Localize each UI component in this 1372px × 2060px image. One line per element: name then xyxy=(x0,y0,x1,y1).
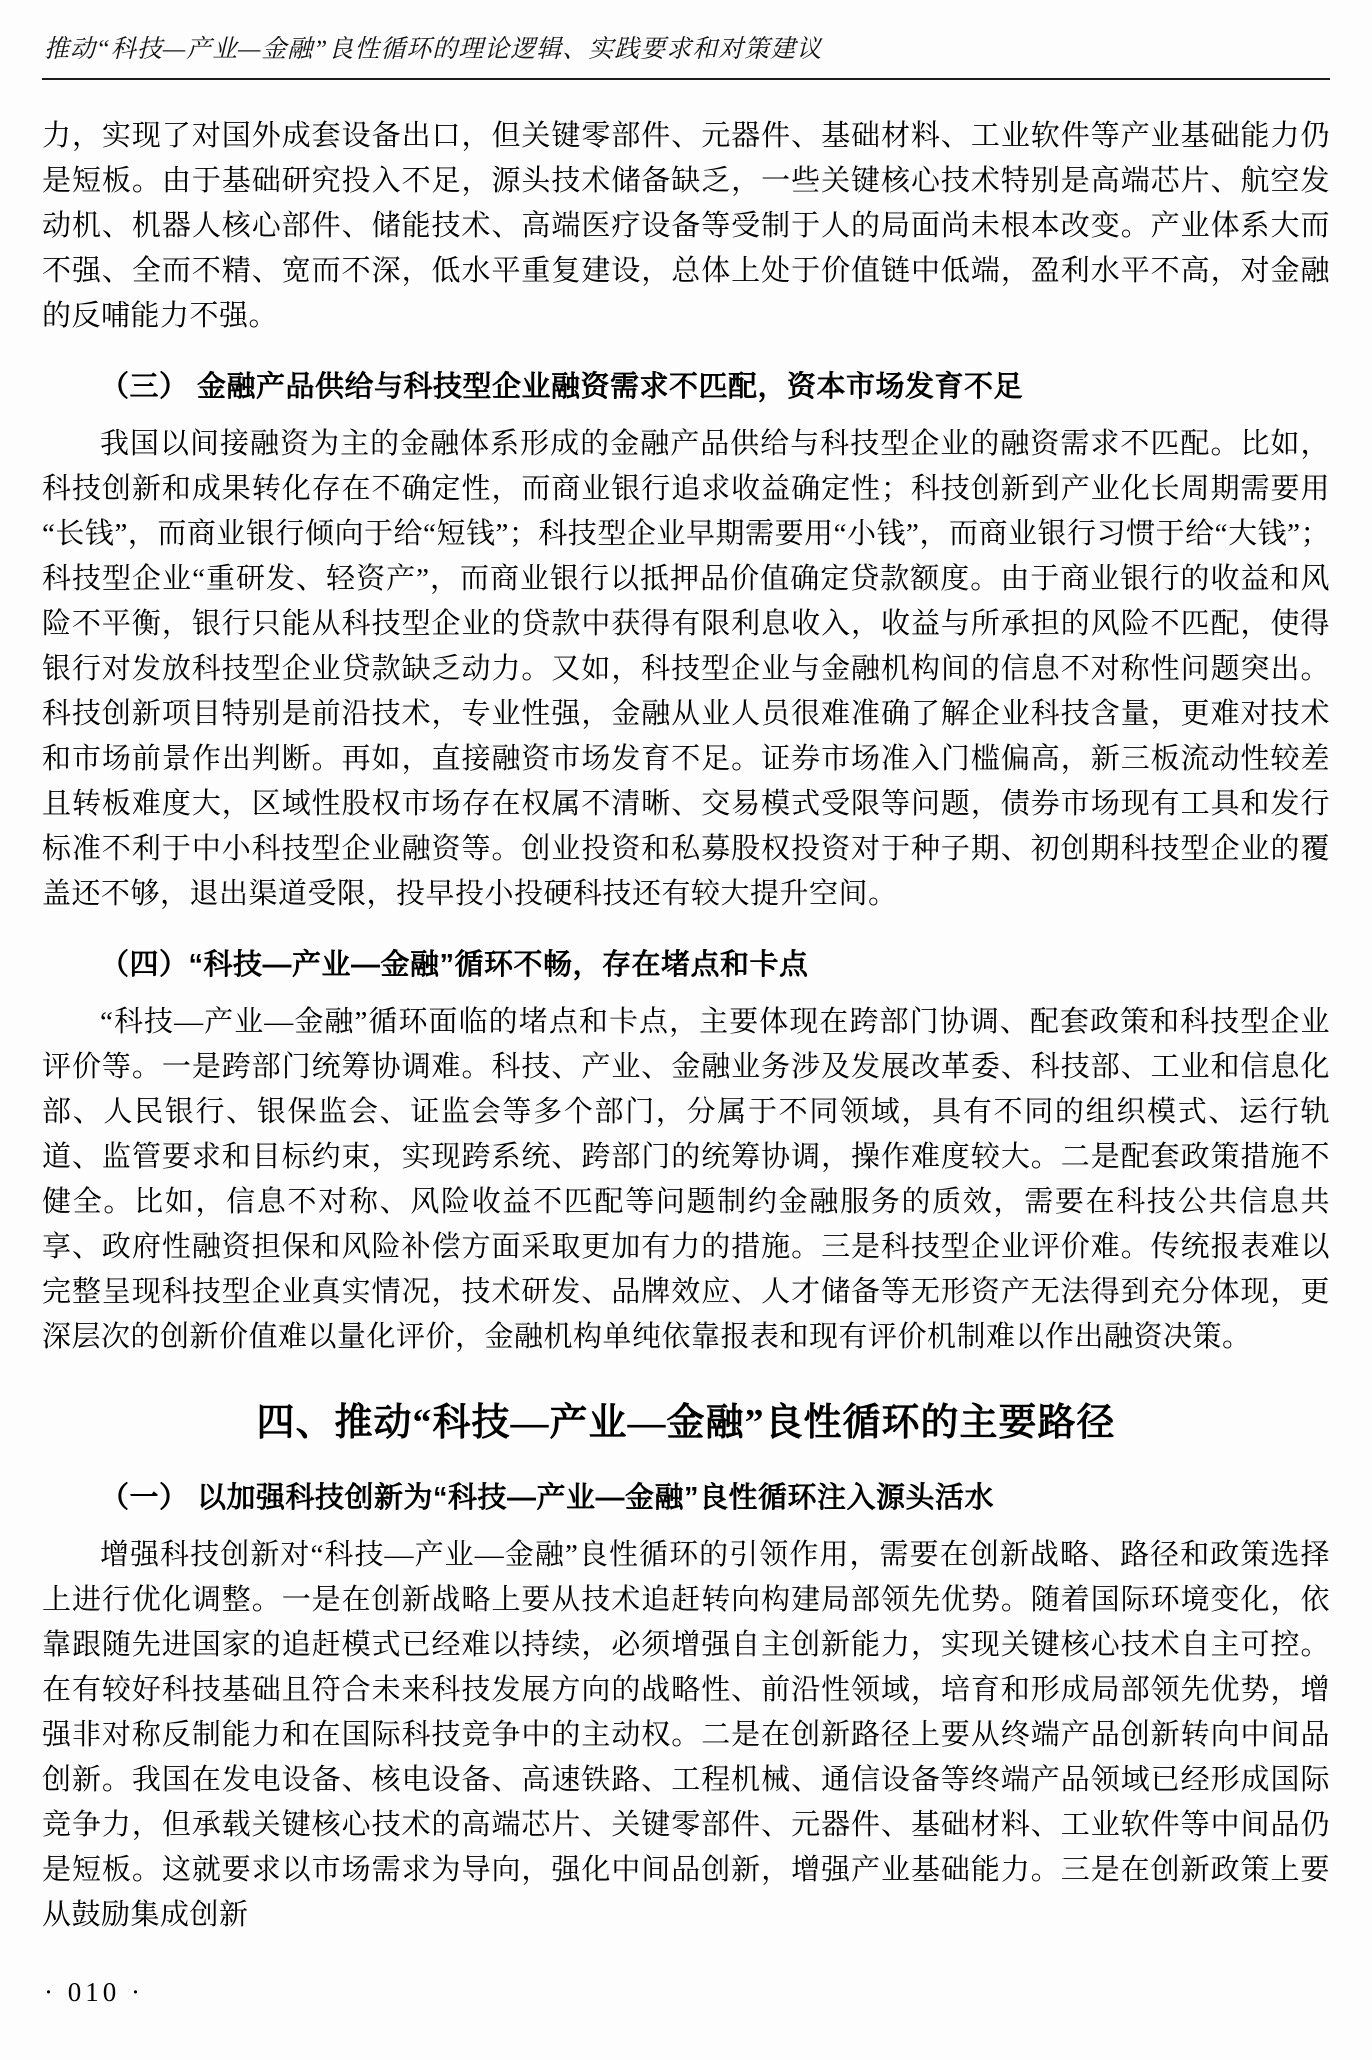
document-page: 推动“科技—产业—金融”良性循环的理论逻辑、实践要求和对策建议 力，实现了对国外… xyxy=(0,0,1372,2060)
heading-section-three: （三） 金融产品供给与科技型企业融资需求不匹配，资本市场发育不足 xyxy=(42,365,1330,410)
page-footer: · 010 · xyxy=(44,1977,144,2008)
chapter-heading-part-four: 四、推动“科技—产业—金融”良性循环的主要路径 xyxy=(42,1398,1330,1448)
paragraph-finance-supply-mismatch: 我国以间接融资为主的金融体系形成的金融产品供给与科技型企业的融资需求不匹配。比如… xyxy=(42,422,1330,917)
paragraph-cycle-blockages: “科技—产业—金融”循环面临的堵点和卡点，主要体现在跨部门协调、配套政策和科技型… xyxy=(42,1000,1330,1360)
page-body: 力，实现了对国外成套设备出口，但关键零部件、元器件、基础材料、工业软件等产业基础… xyxy=(42,114,1330,1938)
heading-section-four: （四）“科技—产业—金融”循环不畅，存在堵点和卡点 xyxy=(42,943,1330,988)
running-header: 推动“科技—产业—金融”良性循环的理论逻辑、实践要求和对策建议 xyxy=(42,30,1330,80)
page-number: · 010 · xyxy=(44,1977,144,2007)
heading-subsection-one: （一） 以加强科技创新为“科技—产业—金融”良性循环注入源头活水 xyxy=(42,1476,1330,1521)
paragraph-innovation-strategy: 增强科技创新对“科技—产业—金融”良性循环的引领作用，需要在创新战略、路径和政策… xyxy=(42,1533,1330,1938)
paragraph-industry-shortboard-continuation: 力，实现了对国外成套设备出口，但关键零部件、元器件、基础材料、工业软件等产业基础… xyxy=(42,114,1330,339)
running-header-title: 推动“科技—产业—金融”良性循环的理论逻辑、实践要求和对策建议 xyxy=(44,36,1330,64)
